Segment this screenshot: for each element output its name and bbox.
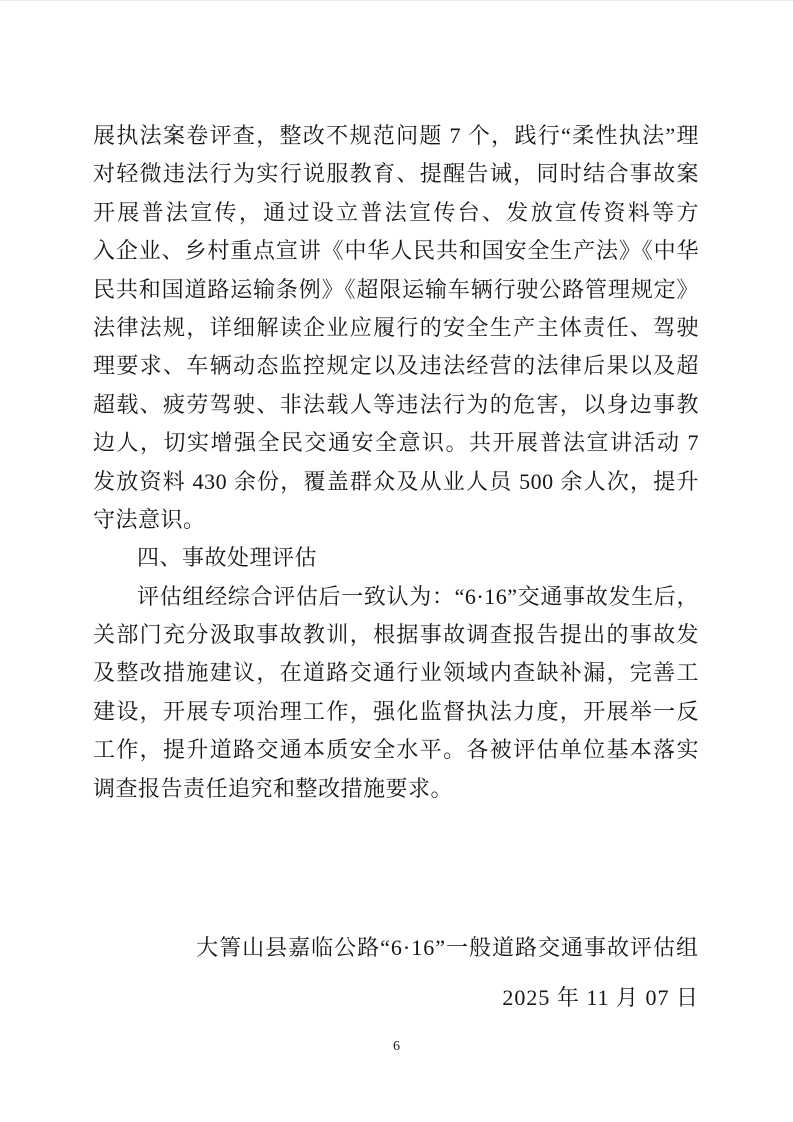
page-footer: 6 bbox=[0, 1037, 793, 1055]
text-line: 边人，切实增强全民交通安全意识。共开展普法宣讲活动 7 次， bbox=[93, 424, 699, 462]
signature-organization: 大箐山县嘉临公路“6·16”一般道路交通事故评估组 bbox=[196, 929, 699, 967]
text-line: 守法意识。 bbox=[93, 501, 699, 539]
page-number: 6 bbox=[393, 1039, 400, 1054]
text-line: 法律法规，详细解读企业应履行的安全生产主体责任、驾驶员管 bbox=[93, 309, 699, 347]
text-line: 及整改措施建议，在道路交通行业领域内查缺补漏，完善工作制度 bbox=[93, 654, 699, 692]
text-line: 对轻微违法行为实行说服教育、提醒告诫，同时结合事故案例， bbox=[93, 155, 699, 193]
document-page: 展执法案卷评查，整改不规范问题 7 个，践行“柔性执法”理念， 对轻微违法行为实… bbox=[0, 0, 793, 1122]
text-line: 调查报告责任追究和整改措施要求。 bbox=[93, 770, 699, 808]
text-line: 关部门充分汲取事故教训，根据事故调查报告提出的事故发生原因 bbox=[93, 616, 699, 654]
document-body: 展执法案卷评查，整改不规范问题 7 个，践行“柔性执法”理念， 对轻微违法行为实… bbox=[93, 117, 699, 808]
text-line: 开展普法宣传，通过设立普法宣传台、发放宣传资料等方式，深 bbox=[93, 194, 699, 232]
text-line: 理要求、车辆动态监控规定以及违法经营的法律后果以及超速、 bbox=[93, 347, 699, 385]
text-line: 发放资料 430 余份，覆盖群众及从业人员 500 余人次，提升全民 bbox=[93, 463, 699, 501]
text-line: 建设，开展专项治理工作，强化监督执法力度，开展举一反三警示 bbox=[93, 693, 699, 731]
text-line: 入企业、乡村重点宣讲《中华人民共和国安全生产法》《中华人 bbox=[93, 232, 699, 270]
text-line: 工作，提升道路交通本质安全水平。各被评估单位基本落实了事故 bbox=[93, 731, 699, 769]
text-line: 评估组经综合评估后一致认为：“6·16”交通事故发生后，有 bbox=[93, 578, 699, 616]
text-line: 超载、疲劳驾驶、非法载人等违法行为的危害，以身边事教育身 bbox=[93, 386, 699, 424]
text-line: 民共和国道路运输条例》《超限运输车辆行驶公路管理规定》等 bbox=[93, 271, 699, 309]
signature-date: 2025 年 11 月 07 日 bbox=[502, 979, 699, 1017]
section-heading: 四、事故处理评估 bbox=[93, 539, 699, 577]
text-line: 展执法案卷评查，整改不规范问题 7 个，践行“柔性执法”理念， bbox=[93, 117, 699, 155]
